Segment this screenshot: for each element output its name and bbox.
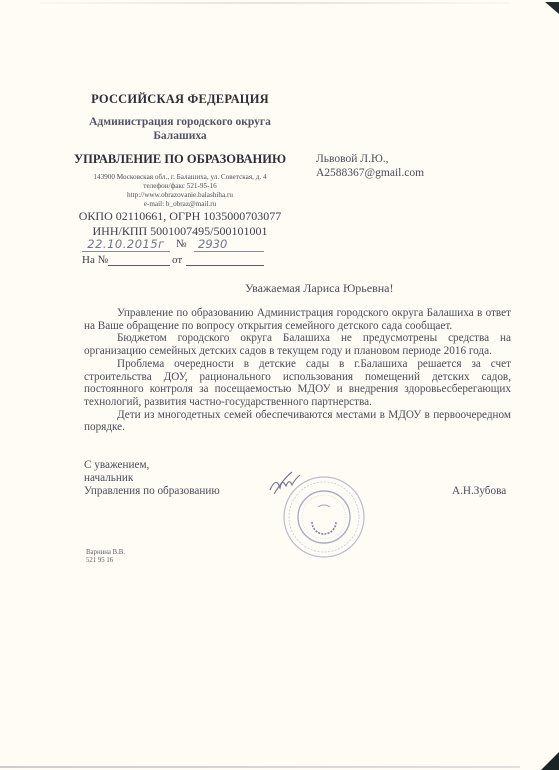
signer-name: А.Н.Зубова	[452, 485, 506, 497]
reference-from-label: от	[172, 254, 182, 266]
executor-name: Варнина В.В.	[86, 549, 125, 556]
header-website: http://www.obrazovanie.balashiha.ru	[60, 191, 300, 200]
header-country: РОССИЙСКАЯ ФЕДЕРАЦИЯ	[60, 92, 300, 107]
registration-date: 22.10.2015г	[82, 237, 170, 252]
scan-corner-top-right	[545, 2, 559, 14]
scan-corner-bottom-right	[541, 752, 559, 770]
reference-date-blank	[186, 265, 264, 266]
paragraph: Дети из многодетных семей обеспечиваются…	[84, 409, 511, 434]
header-okpo-ogrn: ОКПО 02110661, ОГРН 1035000703077	[60, 209, 300, 224]
header-city: Балашиха	[60, 130, 300, 142]
paragraph: Проблема очередности в детские сады в г.…	[84, 358, 511, 409]
registration-number-label: №	[176, 238, 187, 250]
greeting: Уважаемая Лариса Юрьевна!	[245, 281, 394, 296]
header-email: e-mail: b_obraz@mail.ru	[60, 200, 300, 209]
header-administration: Администрация городского округа	[60, 116, 300, 128]
registration-number: 2930	[194, 237, 264, 252]
header-department: УПРАВЛЕНИЕ ПО ОБРАЗОВАНИЮ	[60, 152, 300, 167]
closing-position: начальник	[84, 472, 133, 484]
paragraph: Управление по образованию Администрация …	[84, 307, 511, 332]
reference-number-blank	[108, 265, 170, 266]
recipient-email: A2588367@gmail.com	[316, 167, 424, 179]
letter-page: РОССИЙСКАЯ ФЕДЕРАЦИЯ Администрация город…	[0, 0, 559, 770]
executor-phone: 521 95 16	[86, 557, 113, 564]
paragraph: Бюджетом городского округа Балашиха не п…	[84, 332, 511, 357]
closing-department: Управления по образованию	[84, 485, 220, 497]
recipient-name: Львовой Л.Ю.,	[316, 153, 389, 165]
official-stamp-icon	[266, 462, 366, 562]
reference-row: На № от	[82, 254, 282, 270]
scan-top-edge	[40, 2, 510, 4]
scan-bottom-edge	[0, 766, 520, 768]
header-phone: телефон/факс 521-95-16	[60, 182, 300, 191]
reference-label: На №	[82, 254, 108, 266]
letter-body: Управление по образованию Администрация …	[84, 307, 511, 434]
closing-regards: С уважением,	[84, 459, 149, 471]
header-address: 143900 Московская обл., г. Балашиха, ул.…	[60, 173, 300, 182]
registration-row: 22.10.2015г № 2930	[80, 237, 280, 253]
